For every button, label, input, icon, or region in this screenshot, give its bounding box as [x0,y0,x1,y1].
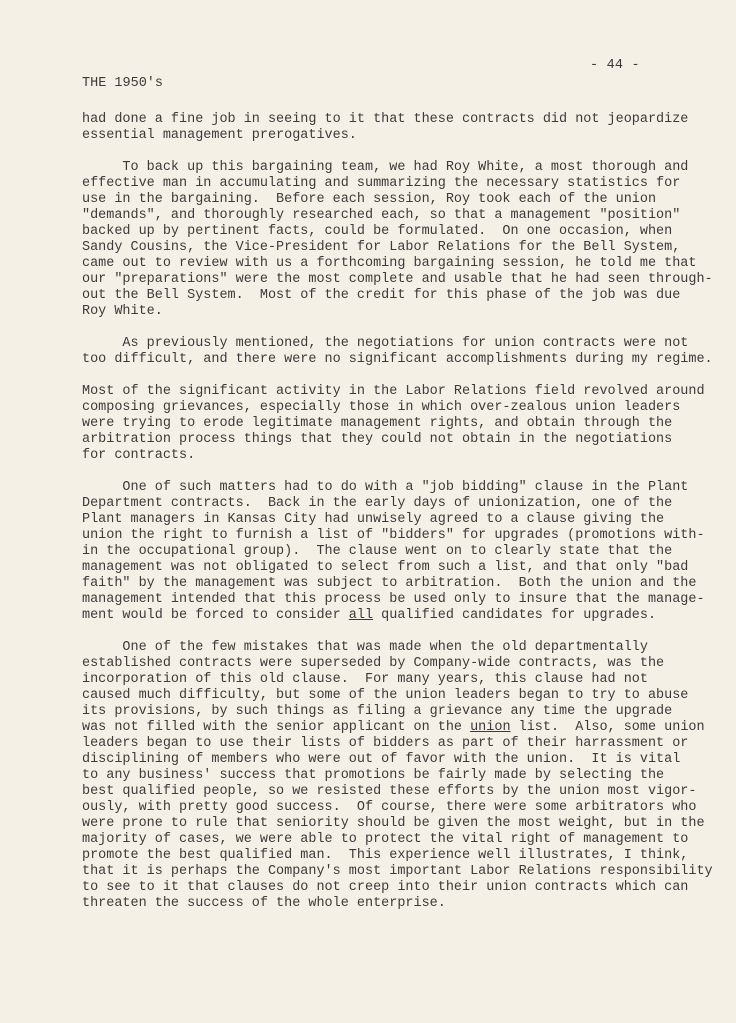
text-line: had done a fine job in seeing to it that… [82,112,721,128]
paragraph-1: had done a fine job in seeing to it that… [82,112,722,144]
paragraph-4: Most of the significant activity in the … [82,384,722,464]
paragraph-2: To back up this bargaining team, we had … [82,160,722,320]
text-line: Most of the significant activity in the … [82,384,721,400]
text-line: use in the bargaining. Before each sessi… [82,192,721,208]
underlined-word: all [349,608,373,623]
text-segment: ment would be forced to consider [82,608,349,623]
text-segment: list. Also, some union [511,720,705,735]
paragraph-5: One of such matters had to do with a "jo… [82,480,722,624]
text-line: faith" by the management was subject to … [82,576,721,592]
text-line: effective man in accumulating and summar… [82,176,721,192]
text-line-with-underline: ment would be forced to consider all qua… [82,608,721,624]
text-line: ously, with pretty good success. Of cour… [82,800,721,816]
text-line: for contracts. [82,448,721,464]
text-line: union the right to furnish a list of "bi… [82,528,721,544]
text-line: management was not obligated to select f… [82,560,721,576]
body-text: had done a fine job in seeing to it that… [82,112,722,928]
text-line-with-underline: was not filled with the senior applicant… [82,720,721,736]
text-line: composing grievances, especially those i… [82,400,721,416]
document-page: - 44 - THE 1950's had done a fine job in… [0,0,736,1023]
text-line: to see to it that clauses do not creep i… [82,880,721,896]
text-line: Roy White. [82,304,721,320]
text-segment: was not filled with the senior applicant… [82,720,470,735]
text-line: To back up this bargaining team, we had … [82,160,721,176]
text-line: in the occupational group). The clause w… [82,544,721,560]
text-line: to any business' success that promotions… [82,768,721,784]
text-line: management intended that this process be… [82,592,721,608]
text-line: One of the few mistakes that was made wh… [82,640,721,656]
paragraph-3: As previously mentioned, the negotiation… [82,336,722,368]
text-line: Sandy Cousins, the Vice-President for La… [82,240,721,256]
text-line: our "preparations" were the most complet… [82,272,721,288]
text-line: its provisions, by such things as filing… [82,704,721,720]
text-line: were trying to erode legitimate manageme… [82,416,721,432]
text-line: best qualified people, so we resisted th… [82,784,721,800]
text-line: Plant managers in Kansas City had unwise… [82,512,721,528]
text-line: out the Bell System. Most of the credit … [82,288,721,304]
text-line: "demands", and thoroughly researched eac… [82,208,721,224]
text-line: majority of cases, we were able to prote… [82,832,721,848]
underlined-word: union [470,720,510,735]
page-number: - 44 - [590,58,640,73]
text-line: too difficult, and there were no signifi… [82,352,721,368]
text-line: disciplining of members who were out of … [82,752,721,768]
paragraph-6: One of the few mistakes that was made wh… [82,640,722,912]
text-line: were prone to rule that seniority should… [82,816,721,832]
text-line: incorporation of this old clause. For ma… [82,672,721,688]
text-line: came out to review with us a forthcoming… [82,256,721,272]
text-segment: qualified candidates for upgrades. [373,608,656,623]
text-line: established contracts were superseded by… [82,656,721,672]
text-line: arbitration process things that they cou… [82,432,721,448]
text-line: that it is perhaps the Company's most im… [82,864,721,880]
text-line: promote the best qualified man. This exp… [82,848,721,864]
text-line: One of such matters had to do with a "jo… [82,480,721,496]
text-line: threaten the success of the whole enterp… [82,896,721,912]
text-line: backed up by pertinent facts, could be f… [82,224,721,240]
text-line: Department contracts. Back in the early … [82,496,721,512]
running-head: THE 1950's [82,76,163,91]
text-line: As previously mentioned, the negotiation… [82,336,721,352]
text-line: caused much difficulty, but some of the … [82,688,721,704]
text-line: essential management prerogatives. [82,128,721,144]
text-line: leaders began to use their lists of bidd… [82,736,721,752]
